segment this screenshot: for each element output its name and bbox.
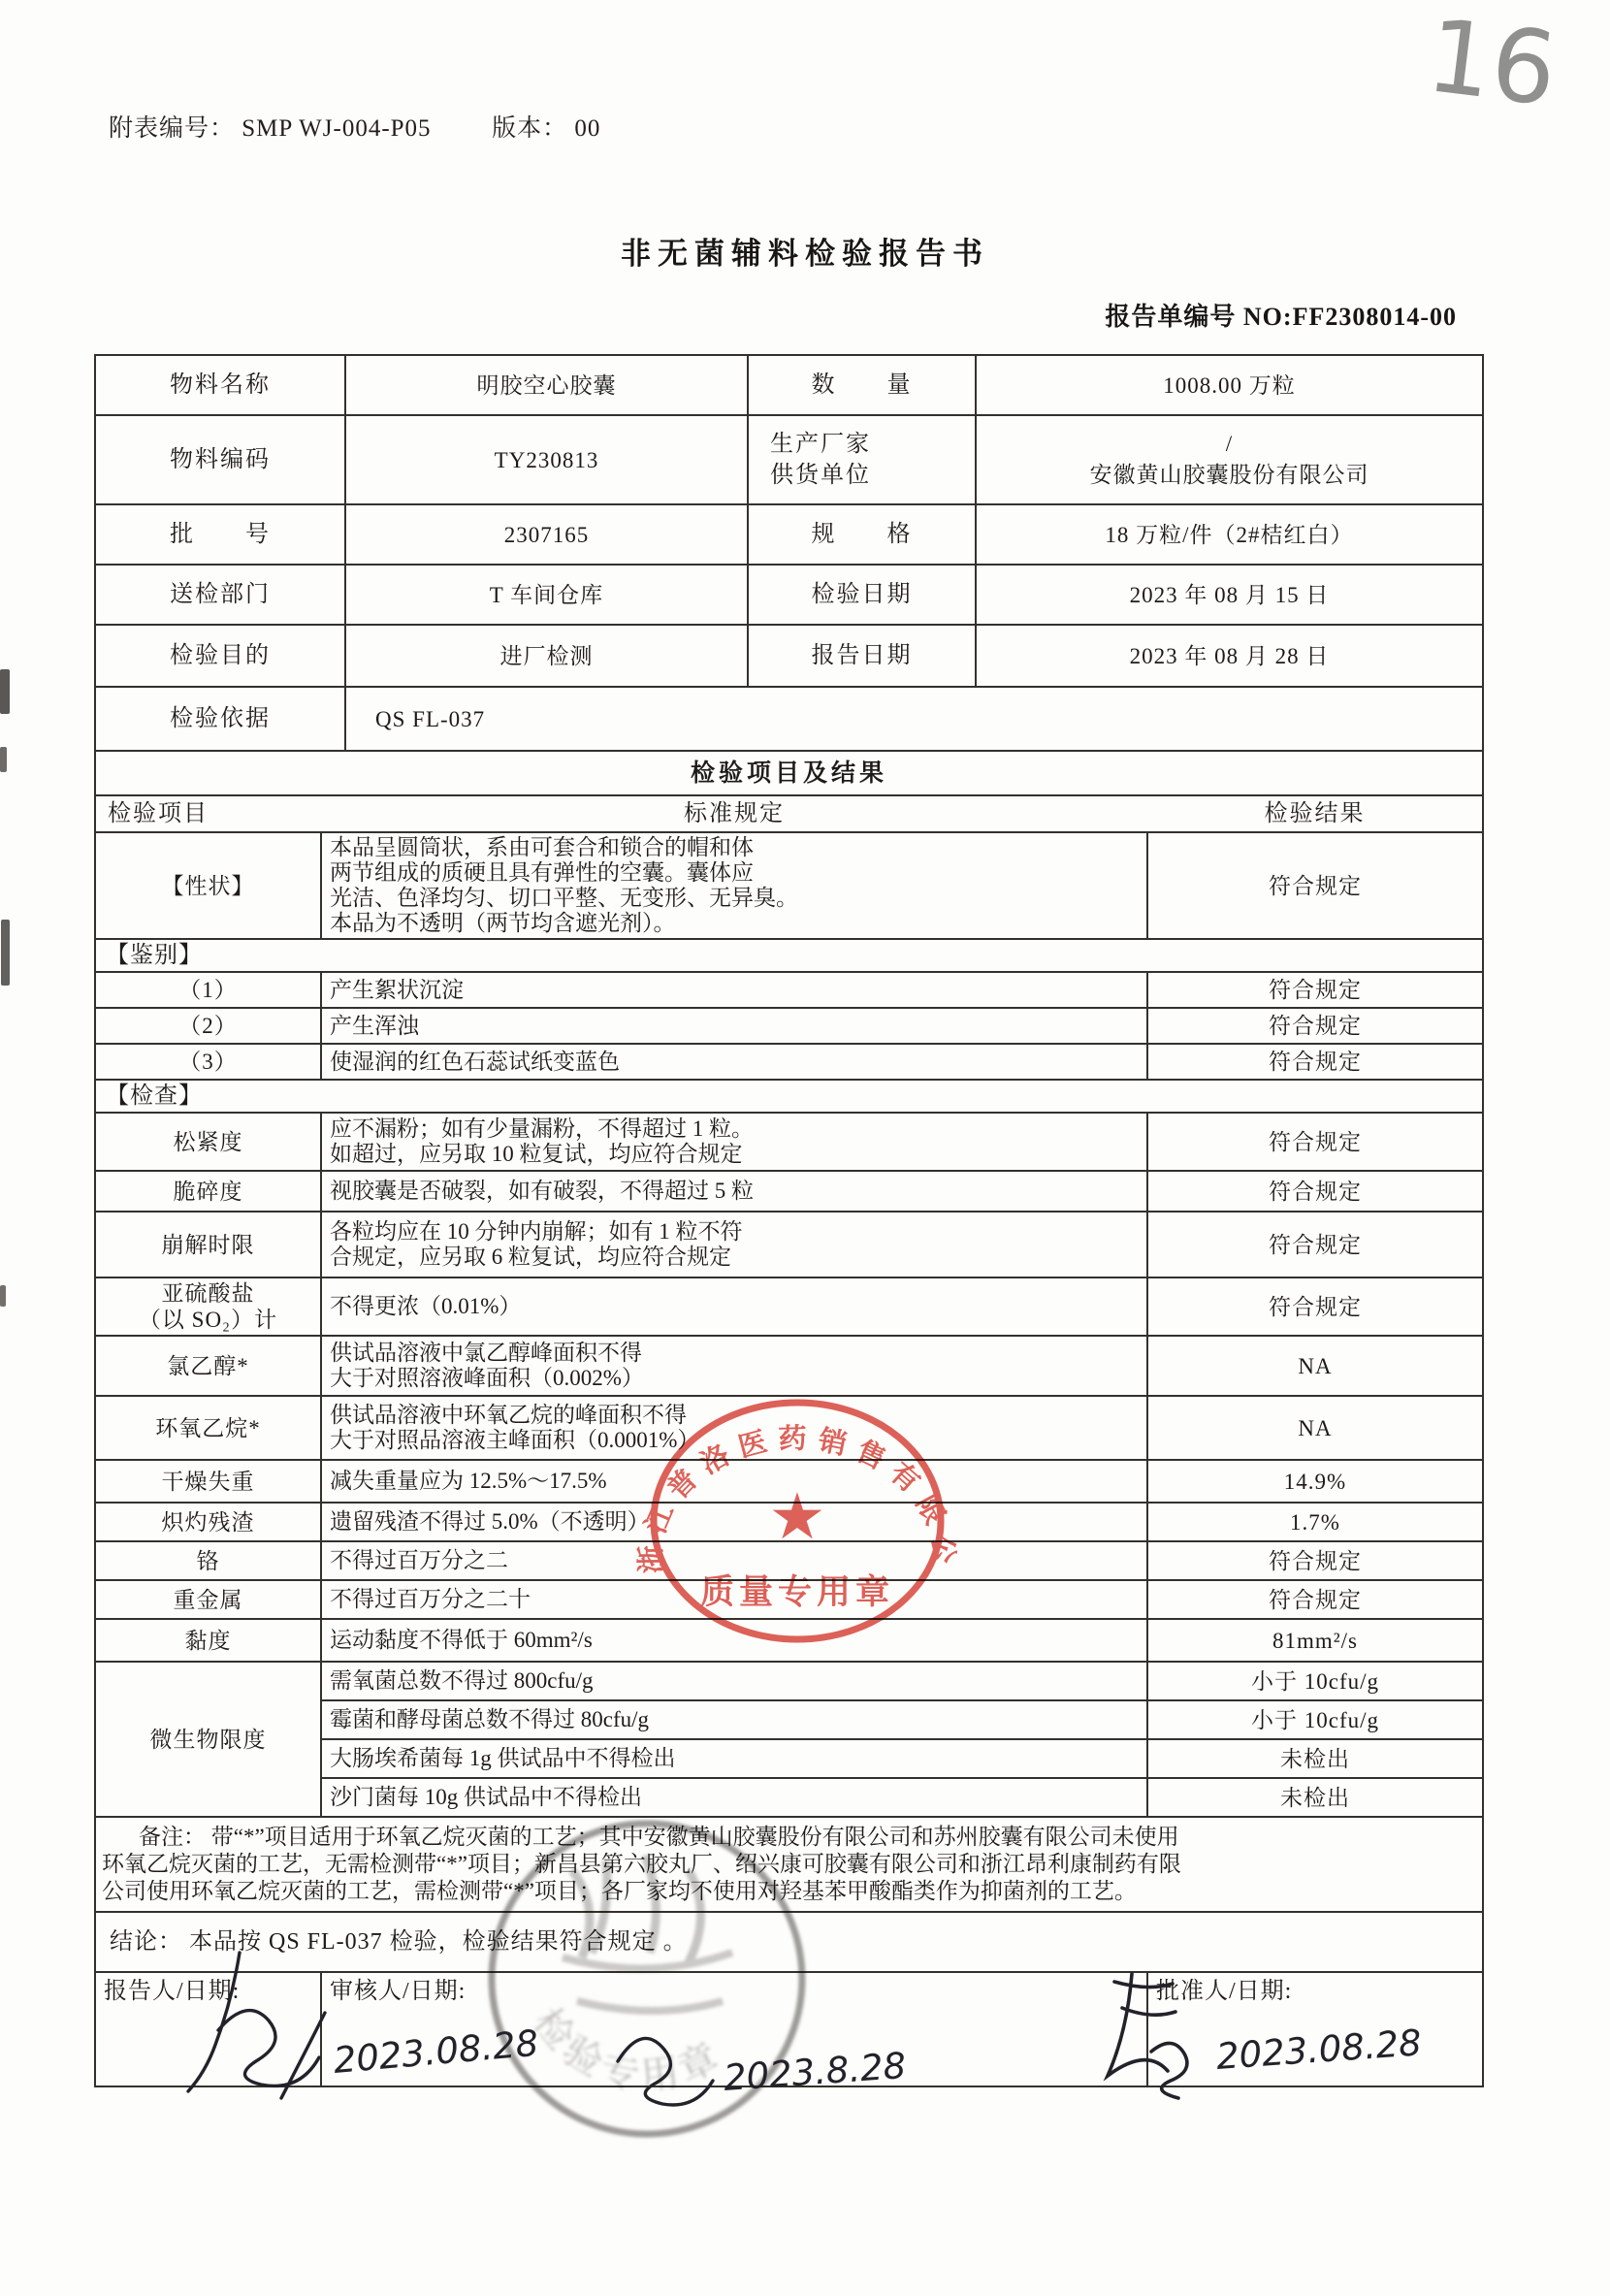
- table-row: 物料编码 TY230813 生产厂家 供货单位 / 安徽黄山胶囊股份有限公司: [95, 415, 1483, 504]
- section-row: 【鉴别】: [95, 939, 1483, 972]
- reviewer-cell: 审核人/日期:: [321, 1972, 1147, 2086]
- item-label-line: （以 SO₂）计: [104, 1307, 312, 1333]
- standard-line: 应不漏粉；如有少量漏粉，不得超过 1 粒。: [330, 1116, 1139, 1142]
- quantity-value: 1008.00 万粒: [976, 355, 1483, 415]
- section-label: 【鉴别】: [95, 939, 1483, 972]
- table-row: 检验目的 进厂检测 报告日期 2023 年 08 月 28 日: [95, 625, 1483, 687]
- manufacturer-supplier-label: 生产厂家 供货单位: [748, 415, 976, 504]
- form-number-line: 附表编号： SMP WJ-004-P05 版本： 00: [109, 109, 600, 144]
- item-standard: 不得过百万分之二: [321, 1541, 1147, 1580]
- supplier-label: 供货单位: [770, 460, 967, 491]
- item-result: NA: [1147, 1396, 1483, 1460]
- section-band-row: 检验项目及结果: [95, 751, 1483, 795]
- item-result: NA: [1147, 1336, 1483, 1396]
- table-row: 氯乙醇* 供试品溶液中氯乙醇峰面积不得 大于对照溶液峰面积（0.002%） NA: [95, 1336, 1483, 1396]
- scan-artifact: [1, 920, 10, 986]
- standard-line: 本品为不透明（两节均含遮光剂）。: [330, 911, 1139, 936]
- table-row: 崩解时限 各粒均应在 10 分钟内崩解；如有 1 粒不符 合规定，应另取 6 粒…: [95, 1212, 1483, 1277]
- department-label: 送检部门: [95, 565, 345, 625]
- item-label: 松紧度: [95, 1113, 321, 1171]
- section-title: 检验项目及结果: [95, 751, 1483, 795]
- test-date-label: 检验日期: [748, 565, 976, 625]
- report-number-line: 报告单编号 NO:FF2308014-00: [1105, 297, 1457, 333]
- approver-label: 批准人/日期:: [1156, 1979, 1292, 2004]
- table-row: 批 号 2307165 规 格 18 万粒/件（2#桔红白）: [95, 504, 1483, 565]
- spec-value: 18 万粒/件（2#桔红白）: [976, 504, 1483, 565]
- item-standard: 各粒均应在 10 分钟内崩解；如有 1 粒不符 合规定，应另取 6 粒复试，均应…: [321, 1212, 1147, 1277]
- purpose-label: 检验目的: [95, 625, 345, 687]
- conclusion-text: 结论： 本品按 QS FL-037 检验，检验结果符合规定 。: [95, 1912, 1483, 1972]
- attach-label: 附表编号：: [109, 115, 235, 142]
- column-header-result: 检验结果: [1147, 795, 1483, 832]
- micro-label: 微生物限度: [95, 1662, 321, 1817]
- handwritten-page-number: 16: [1414, 5, 1589, 187]
- standard-line: 大于对照溶液峰面积（0.002%）: [330, 1366, 1139, 1391]
- item-label: 【性状】: [95, 832, 321, 939]
- item-standard: 产生浑浊: [321, 1008, 1147, 1044]
- column-header-row: 检验项目 标准规定 检验结果: [95, 795, 1483, 832]
- info-table: 物料名称 明胶空心胶囊 数 量 1008.00 万粒 物料编码 TY230813…: [94, 354, 1484, 752]
- table-row: 送检部门 T 车间仓库 检验日期 2023 年 08 月 15 日: [95, 565, 1483, 625]
- reviewer-label: 审核人/日期:: [330, 1979, 466, 2004]
- material-name-value: 明胶空心胶囊: [345, 355, 748, 415]
- purpose-value: 进厂检测: [345, 625, 748, 687]
- item-standard: 使湿润的红色石蕊试纸变蓝色: [321, 1044, 1147, 1080]
- item-label: （2）: [95, 1008, 321, 1044]
- table-row: 环氧乙烷* 供试品溶液中环氧乙烷的峰面积不得 大于对照品溶液主峰面积（0.000…: [95, 1396, 1483, 1460]
- column-header-item: 检验项目: [95, 795, 321, 832]
- table-row: （3） 使湿润的红色石蕊试纸变蓝色 符合规定: [95, 1044, 1483, 1080]
- item-standard: 遗留残渣不得过 5.0%（不透明）: [321, 1503, 1147, 1541]
- item-standard: 运动黏度不得低于 60mm²/s: [321, 1619, 1147, 1662]
- item-result: 未检出: [1147, 1778, 1483, 1817]
- item-standard: 需氧菌总数不得过 800cfu/g: [321, 1662, 1147, 1700]
- item-label: 干燥失重: [95, 1460, 321, 1503]
- item-label: 重金属: [95, 1580, 321, 1619]
- scan-artifact: [0, 747, 7, 772]
- item-label: 铬: [95, 1541, 321, 1580]
- supplier-value: 安徽黄山胶囊股份有限公司: [984, 460, 1474, 491]
- item-standard: 沙门菌每 10g 供试品中不得检出: [321, 1778, 1147, 1817]
- item-label: 环氧乙烷*: [95, 1396, 321, 1460]
- standard-line: 合规定，应另取 6 粒复试，均应符合规定: [330, 1245, 1139, 1270]
- item-result: 符合规定: [1147, 1212, 1483, 1277]
- reporter-cell: 报告人/日期:: [95, 1972, 321, 2086]
- reporter-label: 报告人/日期:: [104, 1979, 240, 2004]
- item-standard: 霉菌和酵母菌总数不得过 80cfu/g: [321, 1700, 1147, 1739]
- table-row: 铬 不得过百万分之二 符合规定: [95, 1541, 1483, 1580]
- standard-line: 两节组成的质硬且具有弹性的空囊。囊体应: [330, 860, 1139, 886]
- item-result: 符合规定: [1147, 1008, 1483, 1044]
- item-result: 符合规定: [1147, 1277, 1483, 1336]
- item-result: 14.9%: [1147, 1460, 1483, 1503]
- table-row: （1） 产生絮状沉淀 符合规定: [95, 972, 1483, 1008]
- scan-artifact: [0, 669, 10, 714]
- item-standard: 应不漏粉；如有少量漏粉，不得超过 1 粒。 如超过，应另取 10 粒复试，均应符…: [321, 1113, 1147, 1171]
- table-row: （2） 产生浑浊 符合规定: [95, 1008, 1483, 1044]
- item-result: 符合规定: [1147, 832, 1483, 939]
- item-label: 亚硫酸盐 （以 SO₂）计: [95, 1277, 321, 1336]
- item-result: 未检出: [1147, 1739, 1483, 1778]
- section-label: 【检查】: [95, 1080, 1483, 1113]
- batch-label: 批 号: [95, 504, 345, 565]
- table-row: 黏度 运动黏度不得低于 60mm²/s 81mm²/s: [95, 1619, 1483, 1662]
- item-label: 炽灼残渣: [95, 1503, 321, 1541]
- item-standard: 大肠埃希菌每 1g 供试品中不得检出: [321, 1739, 1147, 1778]
- conclusion-label: 结论：: [110, 1929, 182, 1955]
- table-row: 脆碎度 视胶囊是否破裂，如有破裂，不得超过 5 粒 符合规定: [95, 1171, 1483, 1212]
- table-row: 微生物限度 需氧菌总数不得过 800cfu/g 小于 10cfu/g: [95, 1662, 1483, 1700]
- manufacturer-value: /: [984, 429, 1474, 460]
- table-row: 物料名称 明胶空心胶囊 数 量 1008.00 万粒: [95, 355, 1483, 415]
- note-line: 备注： 带“*”项目适用于环氧乙烷灭菌的工艺；其中安徽黄山胶囊股份有限公司和苏州…: [102, 1824, 1474, 1851]
- report-table: 物料名称 明胶空心胶囊 数 量 1008.00 万粒 物料编码 TY230813…: [94, 354, 1482, 2087]
- item-label: 黏度: [95, 1619, 321, 1662]
- note-line: 公司使用环氧乙烷灭菌的工艺，需检测带“*”项目；各厂家均不使用对羟基苯甲酸酯类作…: [102, 1878, 1474, 1905]
- manufacturer-label: 生产厂家: [770, 429, 967, 460]
- note-row: 备注： 带“*”项目适用于环氧乙烷灭菌的工艺；其中安徽黄山胶囊股份有限公司和苏州…: [95, 1817, 1483, 1912]
- item-label: 脆碎度: [95, 1171, 321, 1212]
- item-label: 崩解时限: [95, 1212, 321, 1277]
- approver-cell: 批准人/日期:: [1147, 1972, 1483, 2086]
- standard-line: 各粒均应在 10 分钟内崩解；如有 1 粒不符: [330, 1219, 1139, 1245]
- department-value: T 车间仓库: [345, 565, 748, 625]
- conclusion-value: 本品按 QS FL-037 检验，检验结果符合规定 。: [189, 1929, 688, 1955]
- standard-line: 如超过，应另取 10 粒复试，均应符合规定: [330, 1142, 1139, 1167]
- basis-label: 检验依据: [95, 687, 345, 751]
- spec-label: 规 格: [748, 504, 976, 565]
- table-row: 检验依据 QS FL-037: [95, 687, 1483, 751]
- item-result: 小于 10cfu/g: [1147, 1662, 1483, 1700]
- version-value: 00: [574, 115, 600, 142]
- item-standard: 视胶囊是否破裂，如有破裂，不得超过 5 粒: [321, 1171, 1147, 1212]
- material-code-value: TY230813: [345, 415, 748, 504]
- report-date-value: 2023 年 08 月 28 日: [976, 625, 1483, 687]
- table-row: 【性状】 本品呈圆筒状，系由可套合和锁合的帽和体 两节组成的质硬且具有弹性的空囊…: [95, 832, 1483, 939]
- column-header-standard: 标准规定: [321, 795, 1147, 832]
- attach-number: SMP WJ-004-P05: [241, 115, 431, 142]
- table-row: 炽灼残渣 遗留残渣不得过 5.0%（不透明） 1.7%: [95, 1503, 1483, 1541]
- report-number-label: 报告单编号 NO:: [1105, 303, 1292, 331]
- item-standard: 不得更浓（0.01%）: [321, 1277, 1147, 1336]
- item-result: 1.7%: [1147, 1503, 1483, 1541]
- batch-value: 2307165: [345, 504, 748, 565]
- signature-row: 报告人/日期: 审核人/日期: 批准人/日期:: [95, 1972, 1483, 2086]
- report-number-value: FF2308014-00: [1293, 303, 1457, 331]
- item-standard: 产生絮状沉淀: [321, 972, 1147, 1008]
- version-label: 版本：: [492, 115, 567, 142]
- note-line: 环氧乙烷灭菌的工艺，无需检测带“*”项目；新昌县第六胶丸厂、绍兴康可胶囊有限公司…: [102, 1851, 1474, 1878]
- item-label: （3）: [95, 1044, 321, 1080]
- item-result: 符合规定: [1147, 1113, 1483, 1171]
- item-result: 符合规定: [1147, 1044, 1483, 1080]
- table-row: 重金属 不得过百万分之二十 符合规定: [95, 1580, 1483, 1619]
- item-result: 小于 10cfu/g: [1147, 1700, 1483, 1739]
- material-code-label: 物料编码: [95, 415, 345, 504]
- item-result: 符合规定: [1147, 972, 1483, 1008]
- document-title: 非无菌辅料检验报告书: [0, 229, 1610, 273]
- standard-line: 本品呈圆筒状，系由可套合和锁合的帽和体: [330, 835, 1139, 860]
- section-row: 【检查】: [95, 1080, 1483, 1113]
- item-standard: 供试品溶液中环氧乙烷的峰面积不得 大于对照品溶液主峰面积（0.0001%）: [321, 1396, 1147, 1460]
- test-date-value: 2023 年 08 月 15 日: [976, 565, 1483, 625]
- note-text: 备注： 带“*”项目适用于环氧乙烷灭菌的工艺；其中安徽黄山胶囊股份有限公司和苏州…: [95, 1817, 1483, 1912]
- item-standard: 供试品溶液中氯乙醇峰面积不得 大于对照溶液峰面积（0.002%）: [321, 1336, 1147, 1396]
- item-standard: 减失重量应为 12.5%～17.5%: [321, 1460, 1147, 1503]
- scan-artifact: [0, 1285, 6, 1307]
- item-label: （1）: [95, 972, 321, 1008]
- standard-line: 光洁、色泽均匀、切口平整、无变形、无异臭。: [330, 886, 1139, 911]
- results-table: 检验项目及结果 检验项目 标准规定 检验结果 【性状】 本品呈圆筒状，系由可套合…: [94, 750, 1484, 2087]
- report-date-label: 报告日期: [748, 625, 976, 687]
- table-row: 亚硫酸盐 （以 SO₂）计 不得更浓（0.01%） 符合规定: [95, 1277, 1483, 1336]
- item-result: 符合规定: [1147, 1171, 1483, 1212]
- item-standard: 本品呈圆筒状，系由可套合和锁合的帽和体 两节组成的质硬且具有弹性的空囊。囊体应 …: [321, 832, 1147, 939]
- basis-value: QS FL-037: [345, 687, 1483, 751]
- manufacturer-supplier-value: / 安徽黄山胶囊股份有限公司: [976, 415, 1483, 504]
- item-result: 81mm²/s: [1147, 1619, 1483, 1662]
- table-row: 松紧度 应不漏粉；如有少量漏粉，不得超过 1 粒。 如超过，应另取 10 粒复试…: [95, 1113, 1483, 1171]
- standard-line: 供试品溶液中氯乙醇峰面积不得: [330, 1341, 1139, 1366]
- item-label-line: 亚硫酸盐: [104, 1280, 312, 1307]
- conclusion-row: 结论： 本品按 QS FL-037 检验，检验结果符合规定 。: [95, 1912, 1483, 1972]
- table-row: 干燥失重 减失重量应为 12.5%～17.5% 14.9%: [95, 1460, 1483, 1503]
- quantity-label: 数 量: [748, 355, 976, 415]
- material-name-label: 物料名称: [95, 355, 345, 415]
- standard-line: 大于对照品溶液主峰面积（0.0001%）: [330, 1428, 1139, 1453]
- item-label: 氯乙醇*: [95, 1336, 321, 1396]
- item-standard: 不得过百万分之二十: [321, 1580, 1147, 1619]
- item-result: 符合规定: [1147, 1541, 1483, 1580]
- standard-line: 供试品溶液中环氧乙烷的峰面积不得: [330, 1403, 1139, 1428]
- item-result: 符合规定: [1147, 1580, 1483, 1619]
